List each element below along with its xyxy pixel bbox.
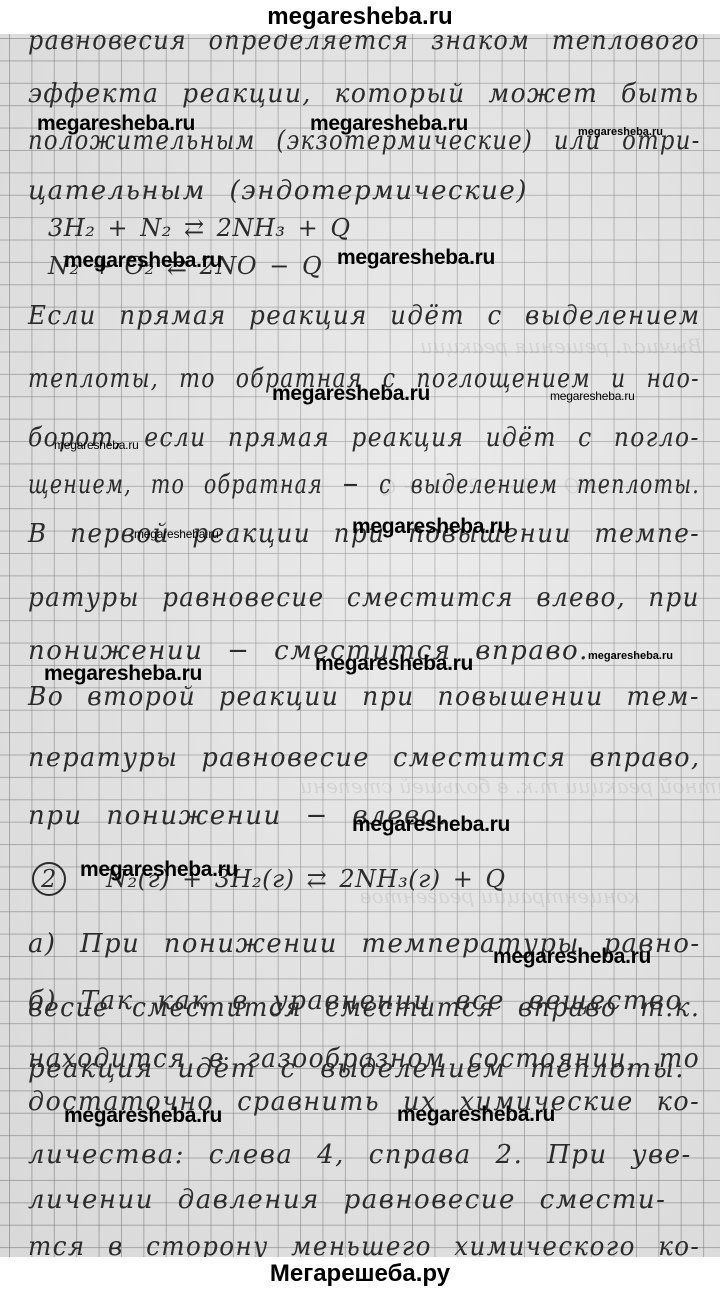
equation-line: 3H₂ + N₂ ⇄ 2NH₃ + Q [48, 214, 351, 242]
handwritten-line: эффекта реакции, который может быть [28, 79, 700, 109]
handwritten-line: пературы равновесие сместится вправо, [28, 743, 701, 773]
handwritten-line: личении давления равновесие смести- [28, 1185, 666, 1215]
handwritten-line: щением, то обратная − с выделением тепло… [28, 470, 700, 500]
footer-site-name: Мегарешеба.ру [270, 1260, 450, 1288]
handwritten-line: равновесия определяется знаком теплового [28, 34, 700, 56]
watermark: megaresheba.ru [493, 945, 651, 969]
bleed-through: обратной реакции т.к. в большей степени [300, 774, 720, 798]
watermark: megaresheba.ru [588, 650, 673, 662]
handwritten-line: цательным (эндотермические) [28, 176, 528, 206]
site-footer: Мегарешеба.ру [0, 1257, 720, 1291]
site-header: megaresheba.ru [0, 0, 720, 34]
watermark: megaresheba.ru [134, 527, 219, 541]
watermark: megaresheba.ru [37, 112, 195, 136]
bleed-through: Вычисл. решения реакции [420, 334, 702, 358]
handwritten-line: ратуры равновесие сместится влево, при [28, 583, 700, 613]
handwritten-line: Если прямая реакция идёт с выделением [28, 301, 701, 331]
watermark: megaresheba.ru [315, 652, 473, 676]
watermark: megaresheba.ru [337, 246, 495, 270]
watermark: megaresheba.ru [44, 662, 202, 686]
handwritten-line: Во второй реакции при повышении тем- [28, 682, 700, 712]
handwritten-line: личества: слева 4, справа 2. При уве- [28, 1140, 692, 1170]
watermark: megaresheba.ru [310, 112, 468, 136]
watermark: megaresheba.ru [578, 126, 663, 138]
watermark: megaresheba.ru [397, 1103, 555, 1127]
handwritten-line: находится в газообразном состоянии, то [28, 1044, 700, 1074]
watermark: megaresheba.ru [352, 813, 510, 837]
notebook-page: Вычисл. решения реакции 2NO + O₂ ⇄ 2NO₂ … [0, 34, 720, 1257]
watermark: megaresheba.ru [54, 438, 139, 452]
header-site-name: megaresheba.ru [267, 3, 452, 31]
watermark: megaresheba.ru [64, 1104, 222, 1128]
watermark: megaresheba.ru [64, 249, 222, 273]
watermark: megaresheba.ru [550, 389, 635, 403]
watermark: megaresheba.ru [80, 858, 238, 882]
task-number-badge: 2 [32, 862, 66, 896]
watermark: megaresheba.ru [352, 515, 510, 539]
handwritten-line: тся в сторону меньшего химического ко- [28, 1232, 700, 1257]
watermark: megaresheba.ru [272, 382, 430, 406]
handwritten-line: б) Так как в уравнении все вещество [28, 986, 683, 1016]
